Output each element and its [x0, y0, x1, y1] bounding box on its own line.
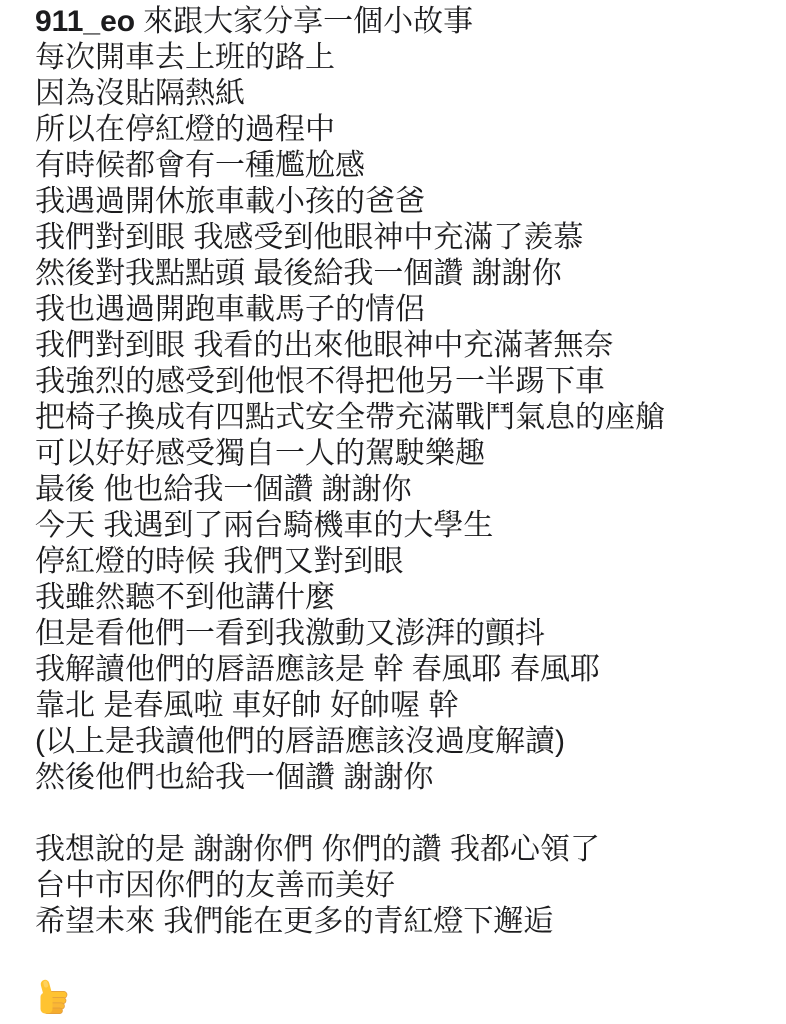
caption-line: 我解讀他們的唇語應該是 幹 春風耶 春風耶 — [35, 652, 770, 688]
caption-line: 然後對我點點頭 最後給我一個讚 謝謝你 — [35, 256, 770, 292]
caption-line: 因為沒貼隔熱紙 — [35, 76, 770, 112]
caption-first-line: 911_eo來跟大家分享一個小故事 — [35, 4, 770, 40]
caption-emoji-line — [35, 976, 770, 1014]
caption-line: 我也遇過開跑車載馬子的情侶 — [35, 292, 770, 328]
caption-line: 但是看他們一看到我激動又澎湃的顫抖 — [35, 616, 770, 652]
caption-line: 台中市因你們的友善而美好 — [35, 868, 770, 904]
caption-line: 我們對到眼 我感受到他眼神中充滿了羨慕 — [35, 220, 770, 256]
caption-line: 我遇過開休旅車載小孩的爸爸 — [35, 184, 770, 220]
caption-line: 我們對到眼 我看的出來他眼神中充滿著無奈 — [35, 328, 770, 364]
blank-line — [35, 796, 770, 832]
blank-line — [35, 940, 770, 976]
caption-line: 所以在停紅燈的過程中 — [35, 112, 770, 148]
caption-line: 我強烈的感受到他恨不得把他另一半踢下車 — [35, 364, 770, 400]
caption-line: 停紅燈的時候 我們又對到眼 — [35, 544, 770, 580]
thumbs-up-emoji — [35, 977, 73, 1015]
caption-line: 今天 我遇到了兩台騎機車的大學生 — [35, 508, 770, 544]
caption-line: 我雖然聽不到他講什麼 — [35, 580, 770, 616]
caption-post: 911_eo來跟大家分享一個小故事 每次開車去上班的路上 因為沒貼隔熱紙 所以在… — [0, 0, 786, 1014]
caption-line: 有時候都會有一種尷尬感 — [35, 148, 770, 184]
caption-line: 希望未來 我們能在更多的青紅燈下邂逅 — [35, 904, 770, 940]
caption-line: 靠北 是春風啦 車好帥 好帥喔 幹 — [35, 688, 770, 724]
caption-line: 可以好好感受獨自一人的駕駛樂趣 — [35, 436, 770, 472]
caption-line: (以上是我讀他們的唇語應該沒過度解讀) — [35, 724, 770, 760]
caption-intro-text: 來跟大家分享一個小故事 — [143, 5, 473, 38]
username-link[interactable]: 911_eo — [35, 5, 135, 38]
caption-line: 我想說的是 謝謝你們 你們的讚 我都心領了 — [35, 832, 770, 868]
caption-line: 每次開車去上班的路上 — [35, 40, 770, 76]
caption-line: 把椅子換成有四點式安全帶充滿戰鬥氣息的座艙 — [35, 400, 770, 436]
caption-line: 然後他們也給我一個讚 謝謝你 — [35, 760, 770, 796]
caption-line: 最後 他也給我一個讚 謝謝你 — [35, 472, 770, 508]
